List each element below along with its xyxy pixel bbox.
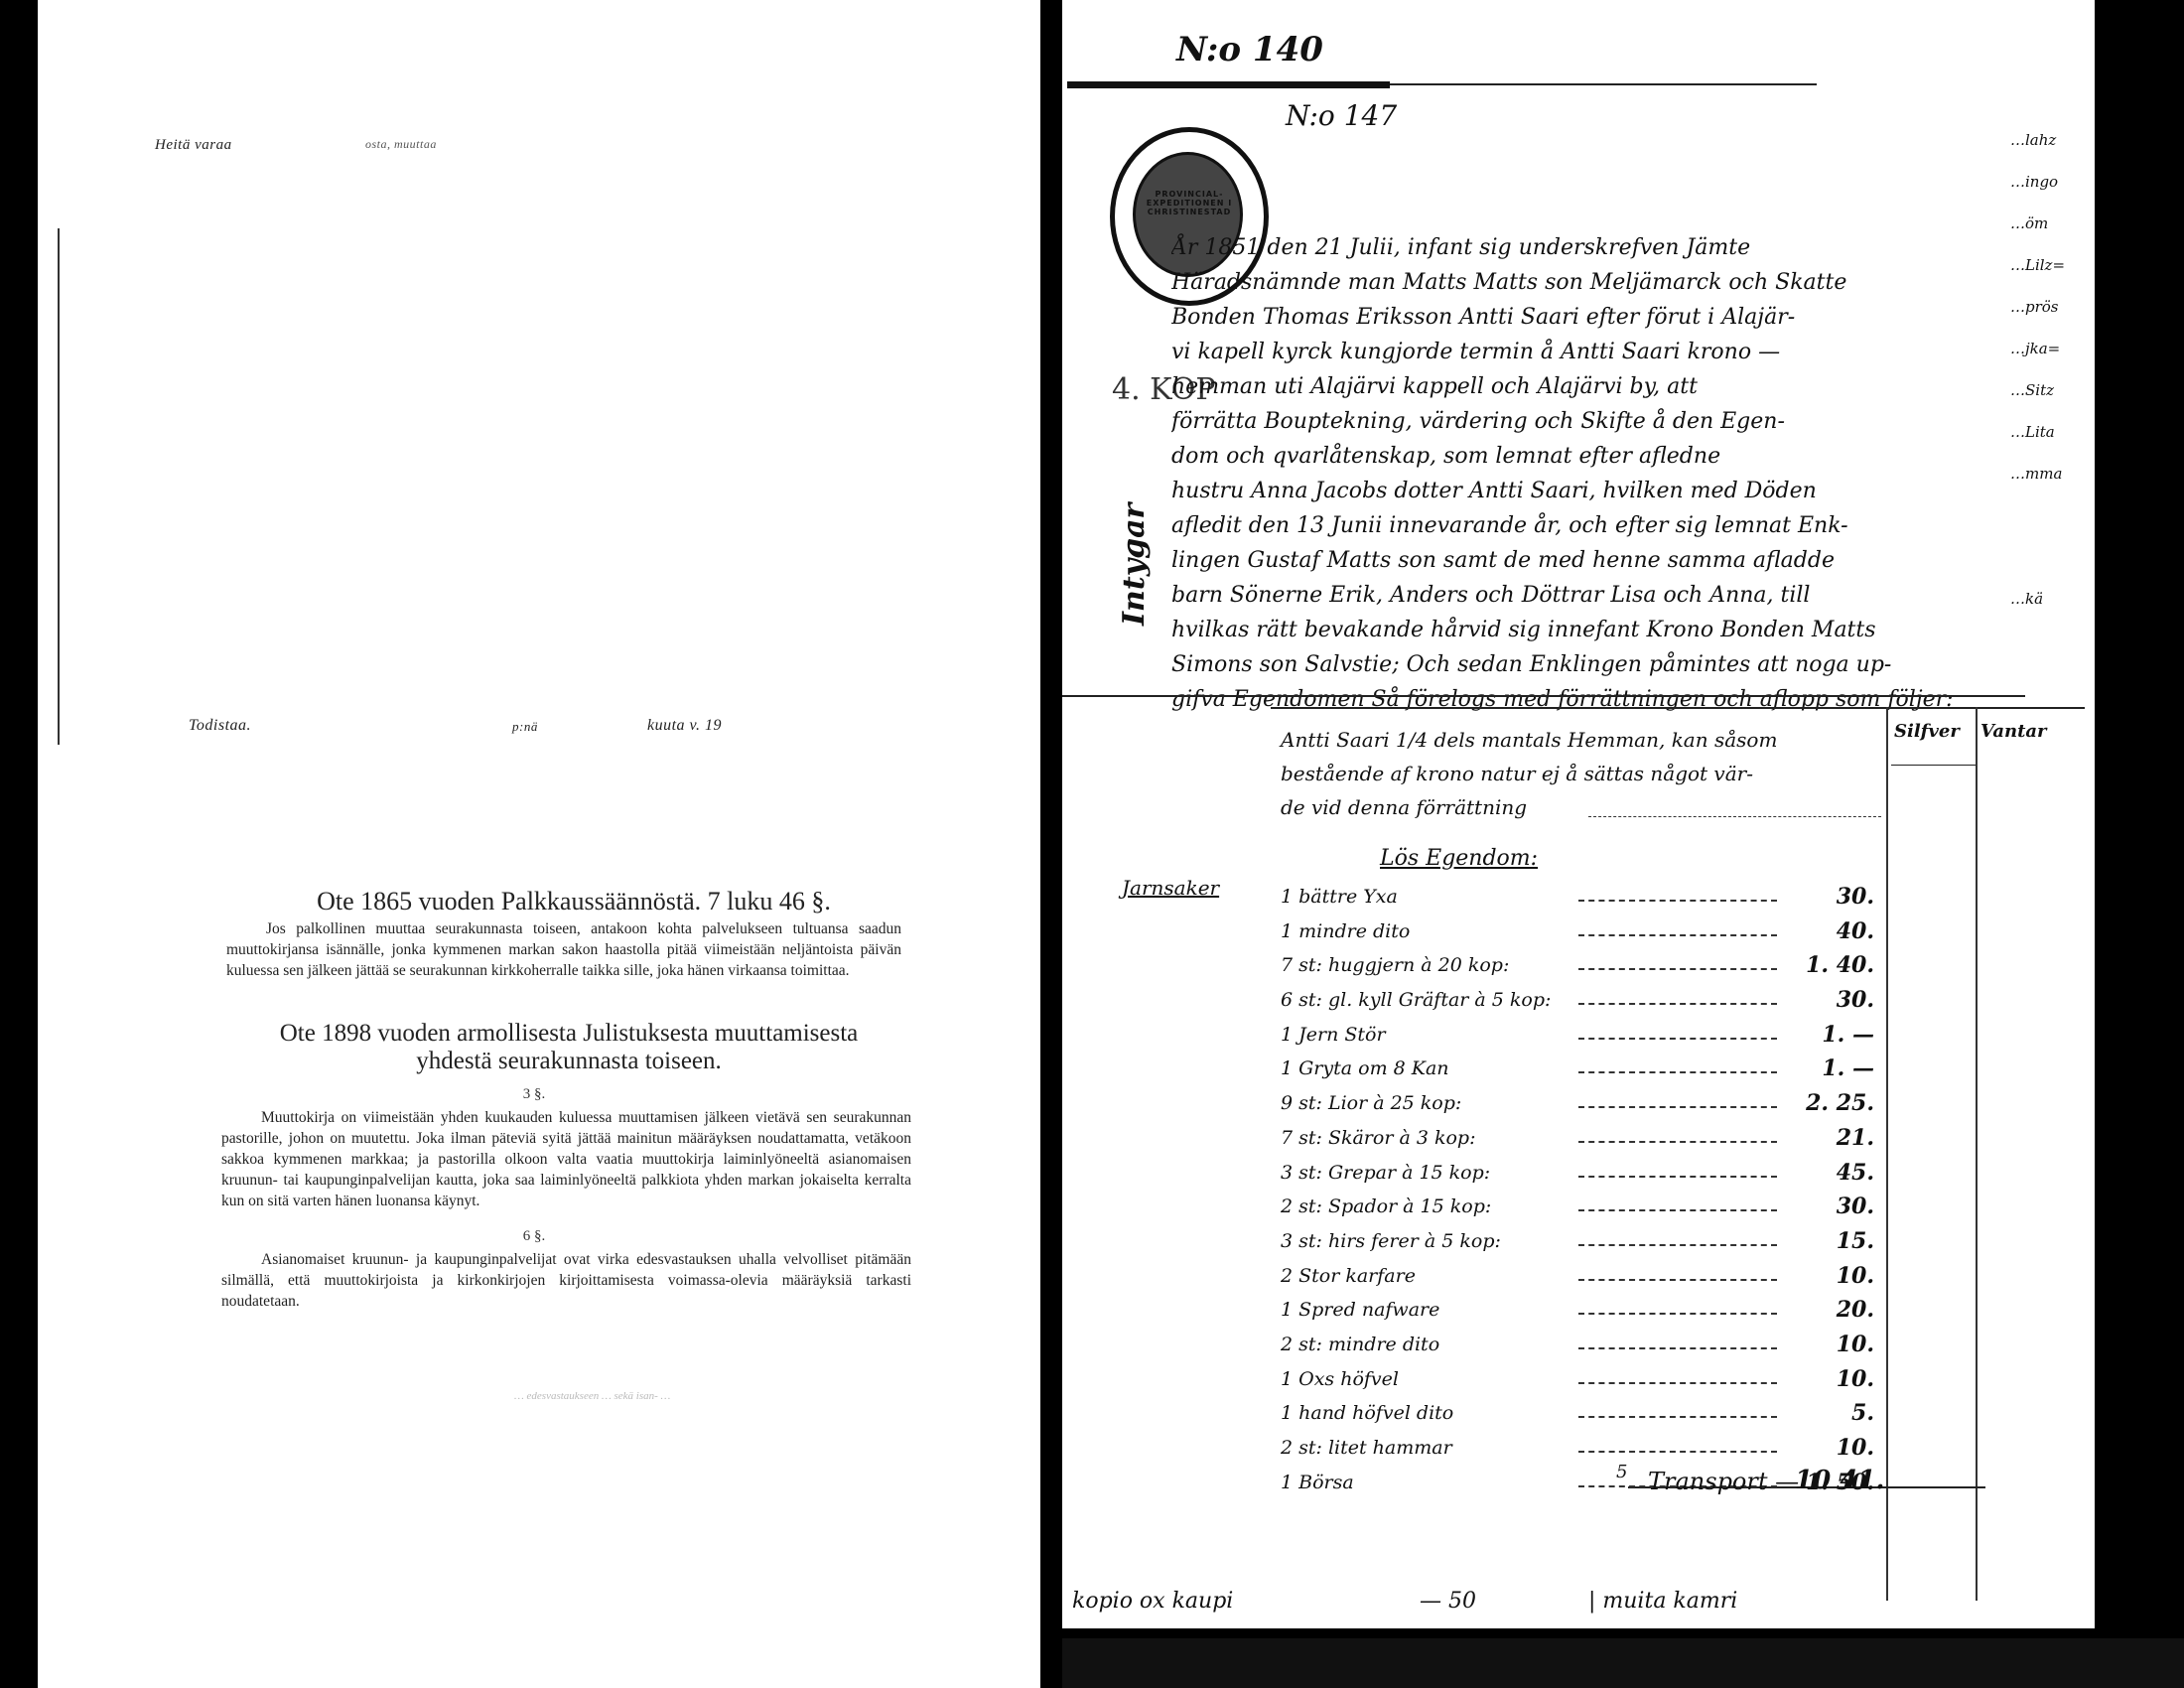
form-line-right: osta, muuttaa: [365, 137, 437, 152]
attest-label: Todistaa.: [189, 717, 251, 735]
preamble-line: gifva Egendomen Så förelogs med förrättn…: [1171, 682, 2025, 717]
leader-line: [1578, 1038, 1777, 1040]
section-6-label: 6 §.: [484, 1228, 584, 1245]
item-value: 21.: [1785, 1121, 1874, 1156]
strip-fragment: …prös: [2010, 286, 2090, 328]
leader-line: [1578, 1244, 1777, 1246]
leader-line: [1578, 1382, 1777, 1384]
strip-fragment: …Lita: [2010, 411, 2090, 453]
item-description: 2 st: Spador à 15 kop:: [1281, 1190, 1491, 1224]
preamble-line: Häradsnämnde man Matts Matts son Meljäma…: [1171, 265, 2025, 300]
inventory-row: 2 Stor karfare10.: [1281, 1259, 1876, 1294]
inventory-row: 1 Jern Stör1. —: [1281, 1018, 1876, 1053]
preamble-line: Bonden Thomas Eriksson Antti Saari efter…: [1171, 300, 2025, 335]
leader-line: [1578, 1416, 1777, 1418]
preamble-line: lingen Gustaf Matts son samt de med henn…: [1171, 543, 2025, 578]
item-description: 1 hand höfvel dito: [1281, 1396, 1453, 1431]
column-header-vantar: Vantar: [1980, 721, 2047, 742]
leader-line: [1578, 1141, 1777, 1143]
footer-note-right: | muita kamri: [1588, 1589, 1737, 1614]
leader-line: [1578, 900, 1777, 902]
preamble-line: Simons son Salvstie; Och sedan Enklingen…: [1171, 647, 2025, 682]
transport-prefix: 5: [1616, 1462, 1627, 1482]
preamble-line: hemman uti Alajärvi kappell och Alajärvi…: [1171, 369, 2025, 404]
adjacent-page-strip: …lahz …ingo …öm …Lilz= …prös …jka= …Sitz…: [2010, 119, 2090, 620]
column-divider-silver: [1886, 707, 1888, 1601]
leader-line: [1578, 1313, 1777, 1315]
preamble-line: År 1851 den 21 Julii, infant sig undersk…: [1171, 230, 2025, 265]
scan-background-right: [2095, 0, 2184, 1688]
item-value: 20.: [1785, 1293, 1874, 1328]
item-description: 9 st: Lior à 25 kop:: [1281, 1086, 1461, 1121]
item-description: 1 Oxs höfvel: [1281, 1362, 1399, 1397]
leader-line: [1578, 1209, 1777, 1211]
valuation-line: bestående af krono natur ej å sättas någ…: [1281, 757, 1837, 790]
transport-total: 10 41.: [1795, 1466, 1884, 1495]
section-3-text: Muuttokirja on viimeistään yhden kuukaud…: [221, 1107, 911, 1211]
item-description: 1 bättre Yxa: [1281, 880, 1398, 914]
attest-day: p:nä: [512, 719, 538, 735]
item-value: 30.: [1785, 983, 1874, 1018]
valuation-leader: [1588, 816, 1881, 819]
item-description: 1 Spred nafware: [1281, 1293, 1439, 1328]
item-description: 2 Stor karfare: [1281, 1259, 1416, 1294]
leader-line: [1578, 1176, 1777, 1178]
left-edge-sheet: [38, 228, 60, 745]
strip-fragment: …jka=: [2010, 328, 2090, 369]
inventory-row: 7 st: Skäror à 3 kop:21.: [1281, 1121, 1876, 1156]
leader-line: [1578, 1071, 1777, 1073]
seal-text: PROVINCIAL-EXPEDITIONEN I CHRISTINESTAD: [1121, 190, 1258, 216]
book-gutter: [1040, 0, 1062, 1688]
valuation-line: Antti Saari 1/4 dels mantals Hemman, kan…: [1281, 723, 1837, 757]
item-value: 10.: [1785, 1259, 1874, 1294]
leader-line: [1578, 1106, 1777, 1108]
faded-footer-text: … edesvastaukseen … sekä isan- …: [514, 1390, 670, 1402]
footer-note-left: kopio ox kaupi: [1072, 1589, 1233, 1614]
preamble-line: dom och qvarlåtenskap, som lemnat efter …: [1171, 439, 2025, 474]
inventory-row: 3 st: Grepar à 15 kop:45.: [1281, 1156, 1876, 1191]
strip-fragment: …Sitz: [2010, 369, 2090, 411]
inventory-row: 1 hand höfvel dito5.: [1281, 1396, 1876, 1431]
form-line-left: Heitä varaa: [155, 137, 232, 154]
transport-label: Transport —: [1648, 1468, 1799, 1495]
leader-line: [1578, 1003, 1777, 1005]
item-value: 45.: [1785, 1156, 1874, 1191]
inventory-row: 1 mindre dito40.: [1281, 914, 1876, 949]
inventory-row: 2 st: mindre dito10.: [1281, 1328, 1876, 1362]
extract-1865-text: Jos palkollinen muuttaa seurakunnasta to…: [226, 918, 901, 981]
inventory-row: 6 st: gl. kyll Gräftar à 5 kop:30.: [1281, 983, 1876, 1018]
item-value: 15.: [1785, 1224, 1874, 1259]
inventory-row: 3 st: hirs ferer à 5 kop:15.: [1281, 1224, 1876, 1259]
table-top-rule: [1062, 695, 2025, 697]
item-value: 1. —: [1785, 1018, 1874, 1053]
section-6-text: Asianomaiset kruunun- ja kaupunginpalvel…: [221, 1249, 911, 1312]
item-value: 10.: [1785, 1362, 1874, 1397]
preamble-line: afledit den 13 Junii innevarande år, och…: [1171, 508, 2025, 543]
strip-fragment: …öm: [2010, 203, 2090, 244]
item-value: 10.: [1785, 1328, 1874, 1362]
inventory-row: 9 st: Lior à 25 kop:2. 25.: [1281, 1086, 1876, 1121]
header-rule-thin: [1390, 83, 1817, 85]
item-value: 30.: [1785, 880, 1874, 914]
inventory-row: 7 st: huggjern à 20 kop:1. 40.: [1281, 948, 1876, 983]
inventory-row: 1 bättre Yxa30.: [1281, 880, 1876, 914]
inventory-row: 1 Oxs höfvel10.: [1281, 1362, 1876, 1397]
inventory-row: 1 Spred nafware20.: [1281, 1293, 1876, 1328]
margin-signature: Intygar: [1117, 427, 1176, 626]
header-rule-thick: [1067, 81, 1390, 88]
item-value: 10.: [1785, 1431, 1874, 1466]
preamble-line: förrätta Bouptekning, värdering och Skif…: [1171, 404, 2025, 439]
item-value: 1. 40.: [1785, 948, 1874, 983]
item-value: 30.: [1785, 1190, 1874, 1224]
extract-1898-heading-1: Ote 1898 vuoden armollisesta Julistukses…: [211, 1020, 926, 1048]
strip-fragment: [2010, 536, 2090, 578]
preamble-line: hvilkas rätt bevakande hårvid sig innefa…: [1171, 613, 2025, 647]
extract-1898-heading-2: yhdestä seurakunnasta toiseen.: [211, 1048, 926, 1075]
leader-line: [1578, 934, 1777, 936]
item-value: 40.: [1785, 914, 1874, 949]
column-divider-vantar: [1976, 707, 1978, 1601]
section-3-label: 3 §.: [484, 1086, 584, 1103]
item-description: 3 st: hirs ferer à 5 kop:: [1281, 1224, 1501, 1259]
attest-month-year: kuuta v. 19: [647, 717, 722, 735]
extract-1865-heading: Ote 1865 vuoden Palkkaussäännöstä. 7 luk…: [226, 887, 921, 916]
left-page: Heitä varaa osta, muuttaa Todistaa. p:nä…: [38, 0, 1040, 1688]
preamble-line: hustru Anna Jacobs dotter Antti Saari, h…: [1171, 474, 2025, 508]
inventory-row: 2 st: litet hammar10.: [1281, 1431, 1876, 1466]
item-description: 1 mindre dito: [1281, 914, 1410, 949]
item-description: 7 st: huggjern à 20 kop:: [1281, 948, 1509, 983]
strip-fragment: …lahz: [2010, 119, 2090, 161]
category-label: Jarnsaker: [1122, 876, 1219, 900]
inventory-preamble: År 1851 den 21 Julii, infant sig undersk…: [1171, 230, 2025, 717]
leader-line: [1578, 1347, 1777, 1349]
item-value: 2. 25.: [1785, 1086, 1874, 1121]
item-description: 2 st: mindre dito: [1281, 1328, 1439, 1362]
scan-background-bottom: [1062, 1638, 2184, 1688]
table-header-rule: [1271, 707, 2085, 709]
leader-line: [1578, 1279, 1777, 1281]
item-description: 3 st: Grepar à 15 kop:: [1281, 1156, 1490, 1191]
inventory-list: 1 bättre Yxa30. 1 mindre dito40. 7 st: h…: [1281, 880, 1876, 1499]
inventory-row: 2 st: Spador à 15 kop:30.: [1281, 1190, 1876, 1224]
item-description: 1 Börsa: [1281, 1466, 1354, 1500]
item-value: 1. —: [1785, 1052, 1874, 1086]
section-title: Lös Egendom:: [1380, 846, 1538, 871]
item-value: 5.: [1785, 1396, 1874, 1431]
strip-fragment: …Lilz=: [2010, 244, 2090, 286]
leader-line: [1578, 968, 1777, 970]
item-description: 1 Gryta om 8 Kan: [1281, 1052, 1449, 1086]
column-header-silver: Silfver: [1894, 721, 1960, 742]
strip-fragment: …mmа: [2010, 453, 2090, 494]
item-description: 7 st: Skäror à 3 kop:: [1281, 1121, 1475, 1156]
valuation-note: Antti Saari 1/4 dels mantals Hemman, kan…: [1281, 723, 1837, 824]
footer-note-middle: — 50: [1420, 1589, 1476, 1614]
strip-fragment: …kä: [2010, 578, 2090, 620]
item-description: 6 st: gl. kyll Gräftar à 5 kop:: [1281, 983, 1551, 1018]
inventory-row: 1 Gryta om 8 Kan1. —: [1281, 1052, 1876, 1086]
item-description: 1 Jern Stör: [1281, 1018, 1386, 1053]
leader-line: [1578, 1451, 1777, 1453]
strip-fragment: [2010, 494, 2090, 536]
item-description: 2 st: litet hammar: [1281, 1431, 1452, 1466]
document-number-primary: N:o 140: [1176, 30, 1323, 70]
preamble-line: vi kapell kyrck kungjorde termin å Antti…: [1171, 335, 2025, 369]
preamble-line: barn Sönerne Erik, Anders och Döttrar Li…: [1171, 578, 2025, 613]
header-underline: [1891, 765, 1976, 766]
document-number-secondary: N:o 147: [1286, 99, 1397, 132]
strip-fragment: …ingo: [2010, 161, 2090, 203]
